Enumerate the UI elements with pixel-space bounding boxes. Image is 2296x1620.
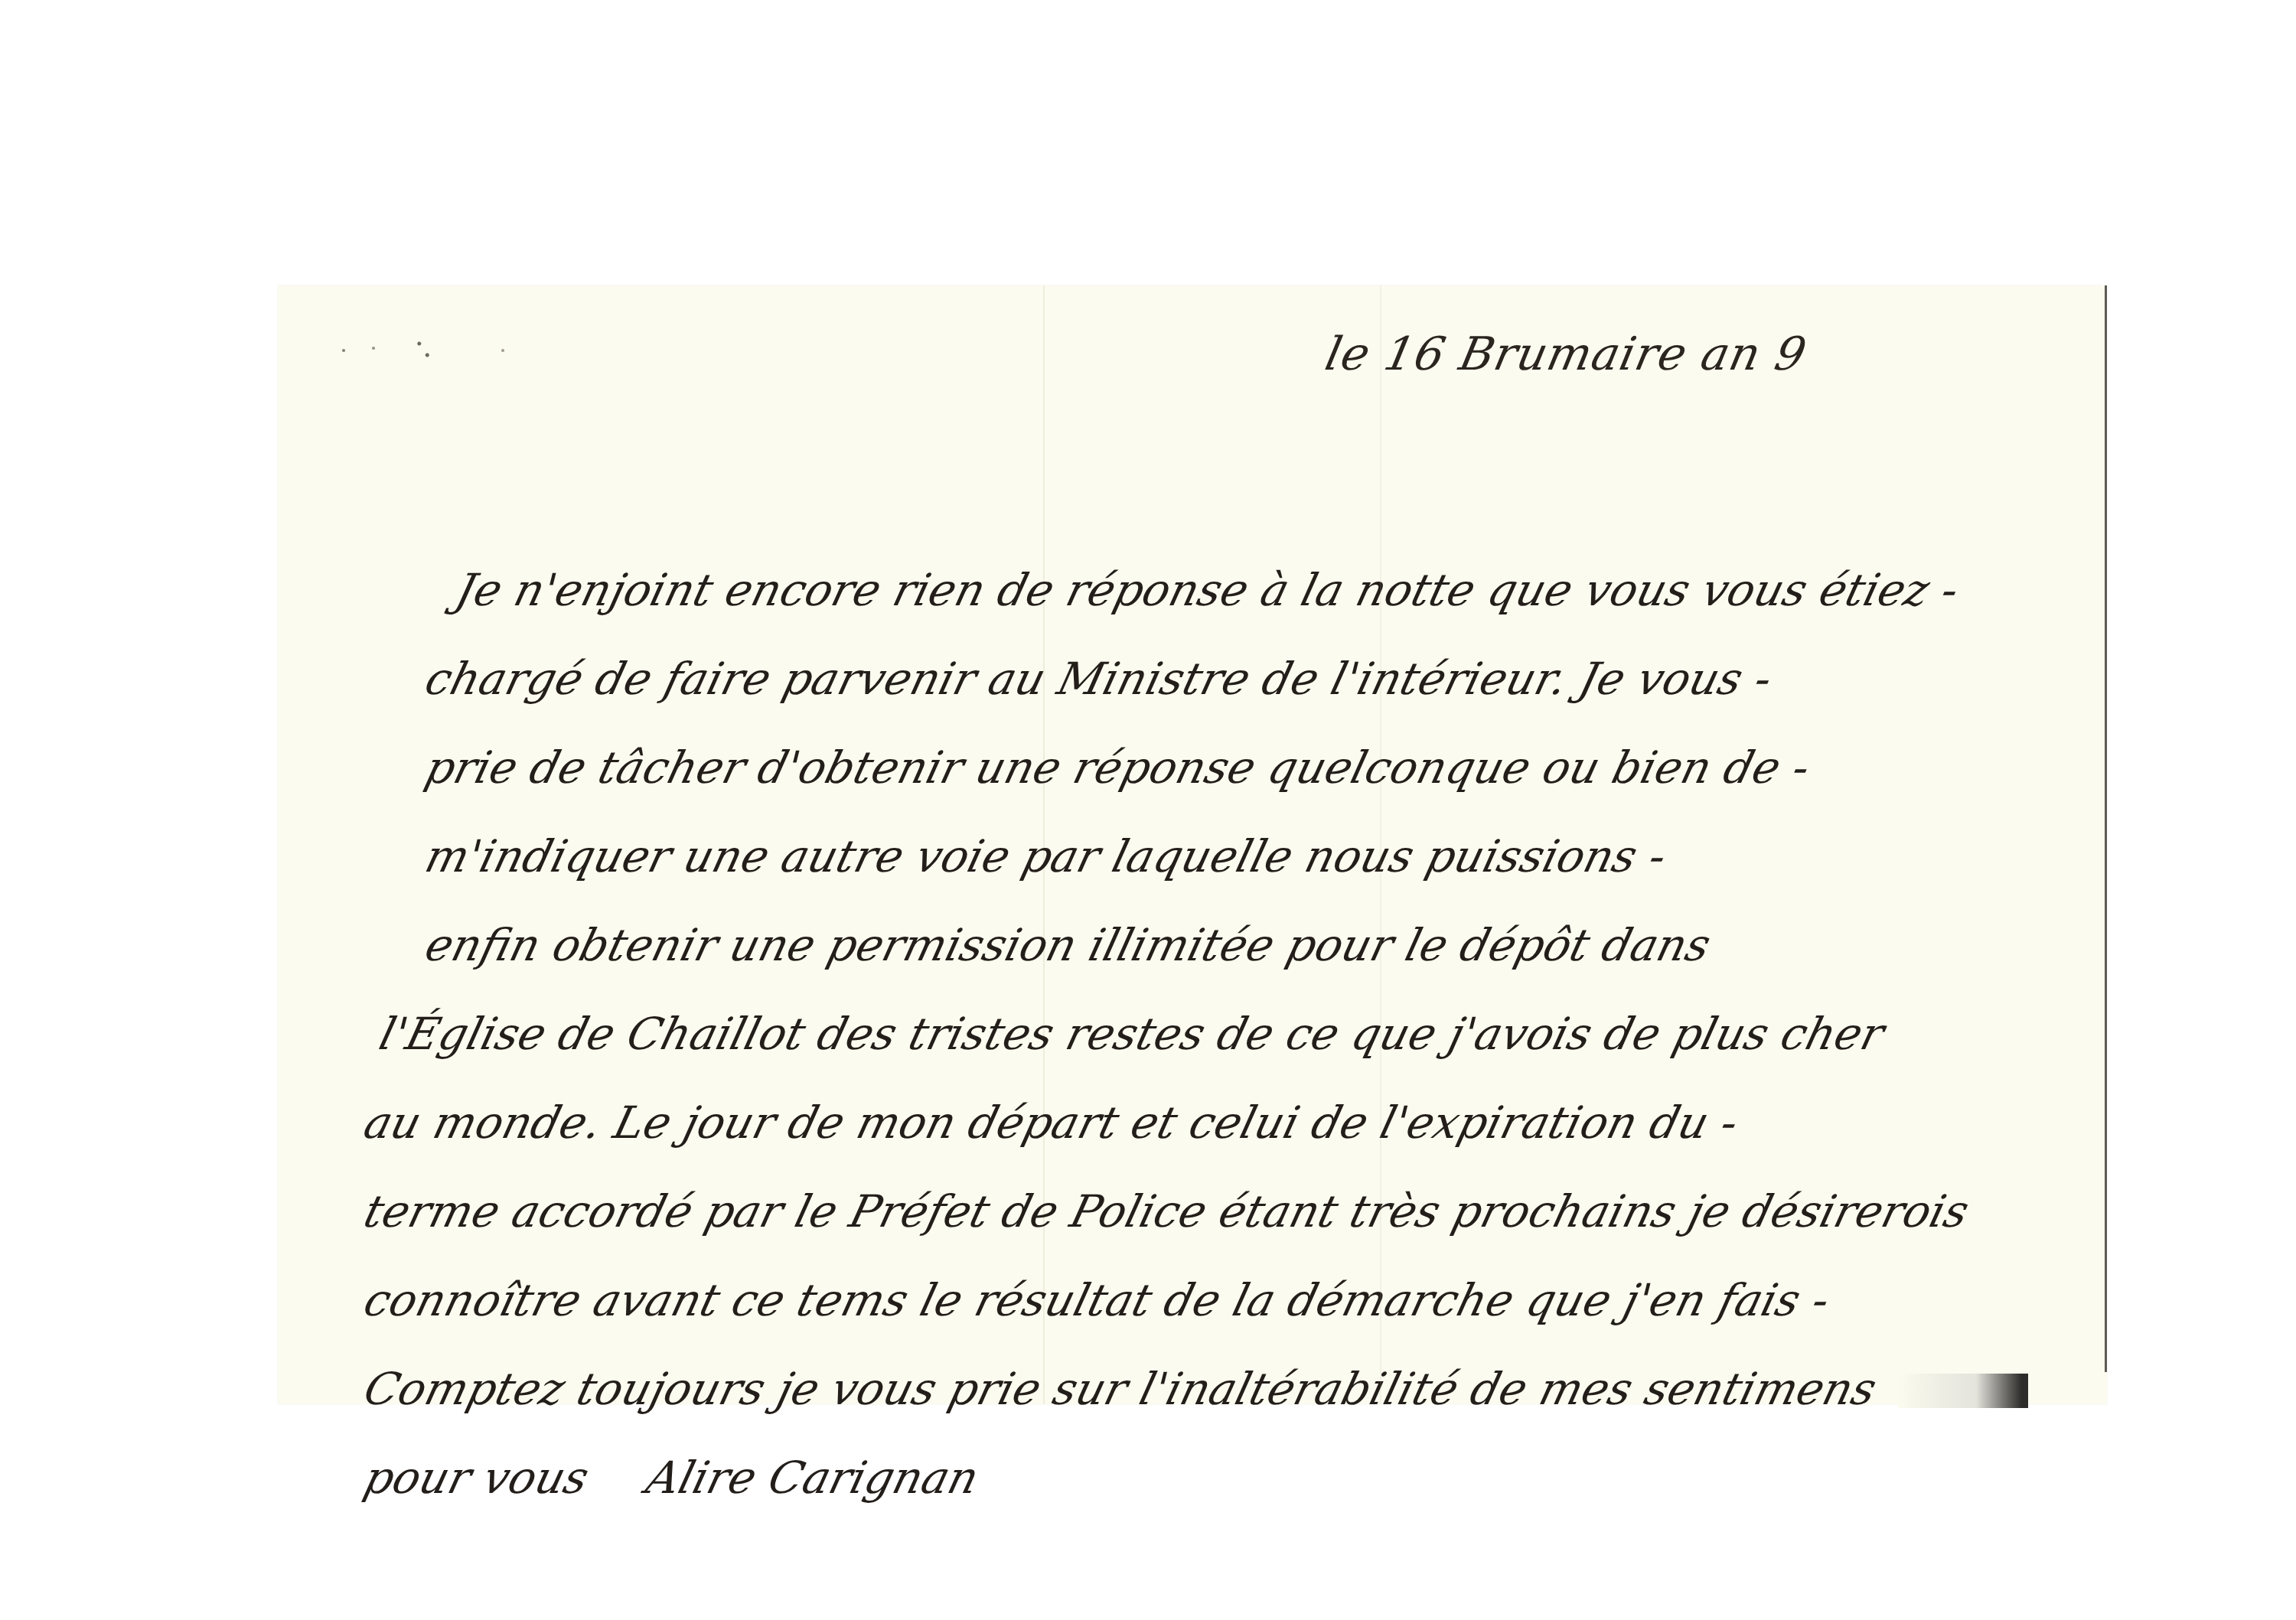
letter-line: prie de tâcher d'obtenir une réponse que… bbox=[416, 723, 2045, 812]
letter-line: chargé de faire parvenir au Ministre de … bbox=[416, 634, 2045, 723]
signature: Alire Carignan bbox=[641, 1452, 984, 1504]
letter-line: enfin obtenir une permission illimitée p… bbox=[416, 901, 2045, 989]
underlying-page-corner bbox=[1898, 1374, 2028, 1408]
letter-line: Comptez toujours je vous prie sur l'inal… bbox=[354, 1345, 2045, 1433]
letter-body: Je n'enjoint encore rien de réponse à la… bbox=[416, 546, 2023, 1522]
letter-sheet: le 16 Brumaire an 9 Je n'enjoint encore … bbox=[278, 285, 2107, 1404]
letter-line: m'indiquer une autre voie par laquelle n… bbox=[416, 812, 2045, 901]
paper-edge bbox=[2105, 285, 2107, 1372]
letter-line: au monde. Le jour de mon départ et celui… bbox=[354, 1078, 2045, 1167]
letter-date: le 16 Brumaire an 9 bbox=[1321, 328, 1812, 381]
letter-line: Je n'enjoint encore rien de réponse à la… bbox=[416, 546, 2045, 634]
letter-line: connoître avant ce tems le résultat de l… bbox=[354, 1256, 2045, 1345]
closing-text: pour vous bbox=[359, 1452, 594, 1504]
closing-line: pour vous Alire Carignan bbox=[354, 1433, 2045, 1522]
ink-specks bbox=[324, 339, 523, 362]
letter-line: terme accordé par le Préfet de Police ét… bbox=[354, 1167, 2045, 1256]
letter-line: l'Église de Chaillot des tristes restes … bbox=[370, 989, 2045, 1078]
